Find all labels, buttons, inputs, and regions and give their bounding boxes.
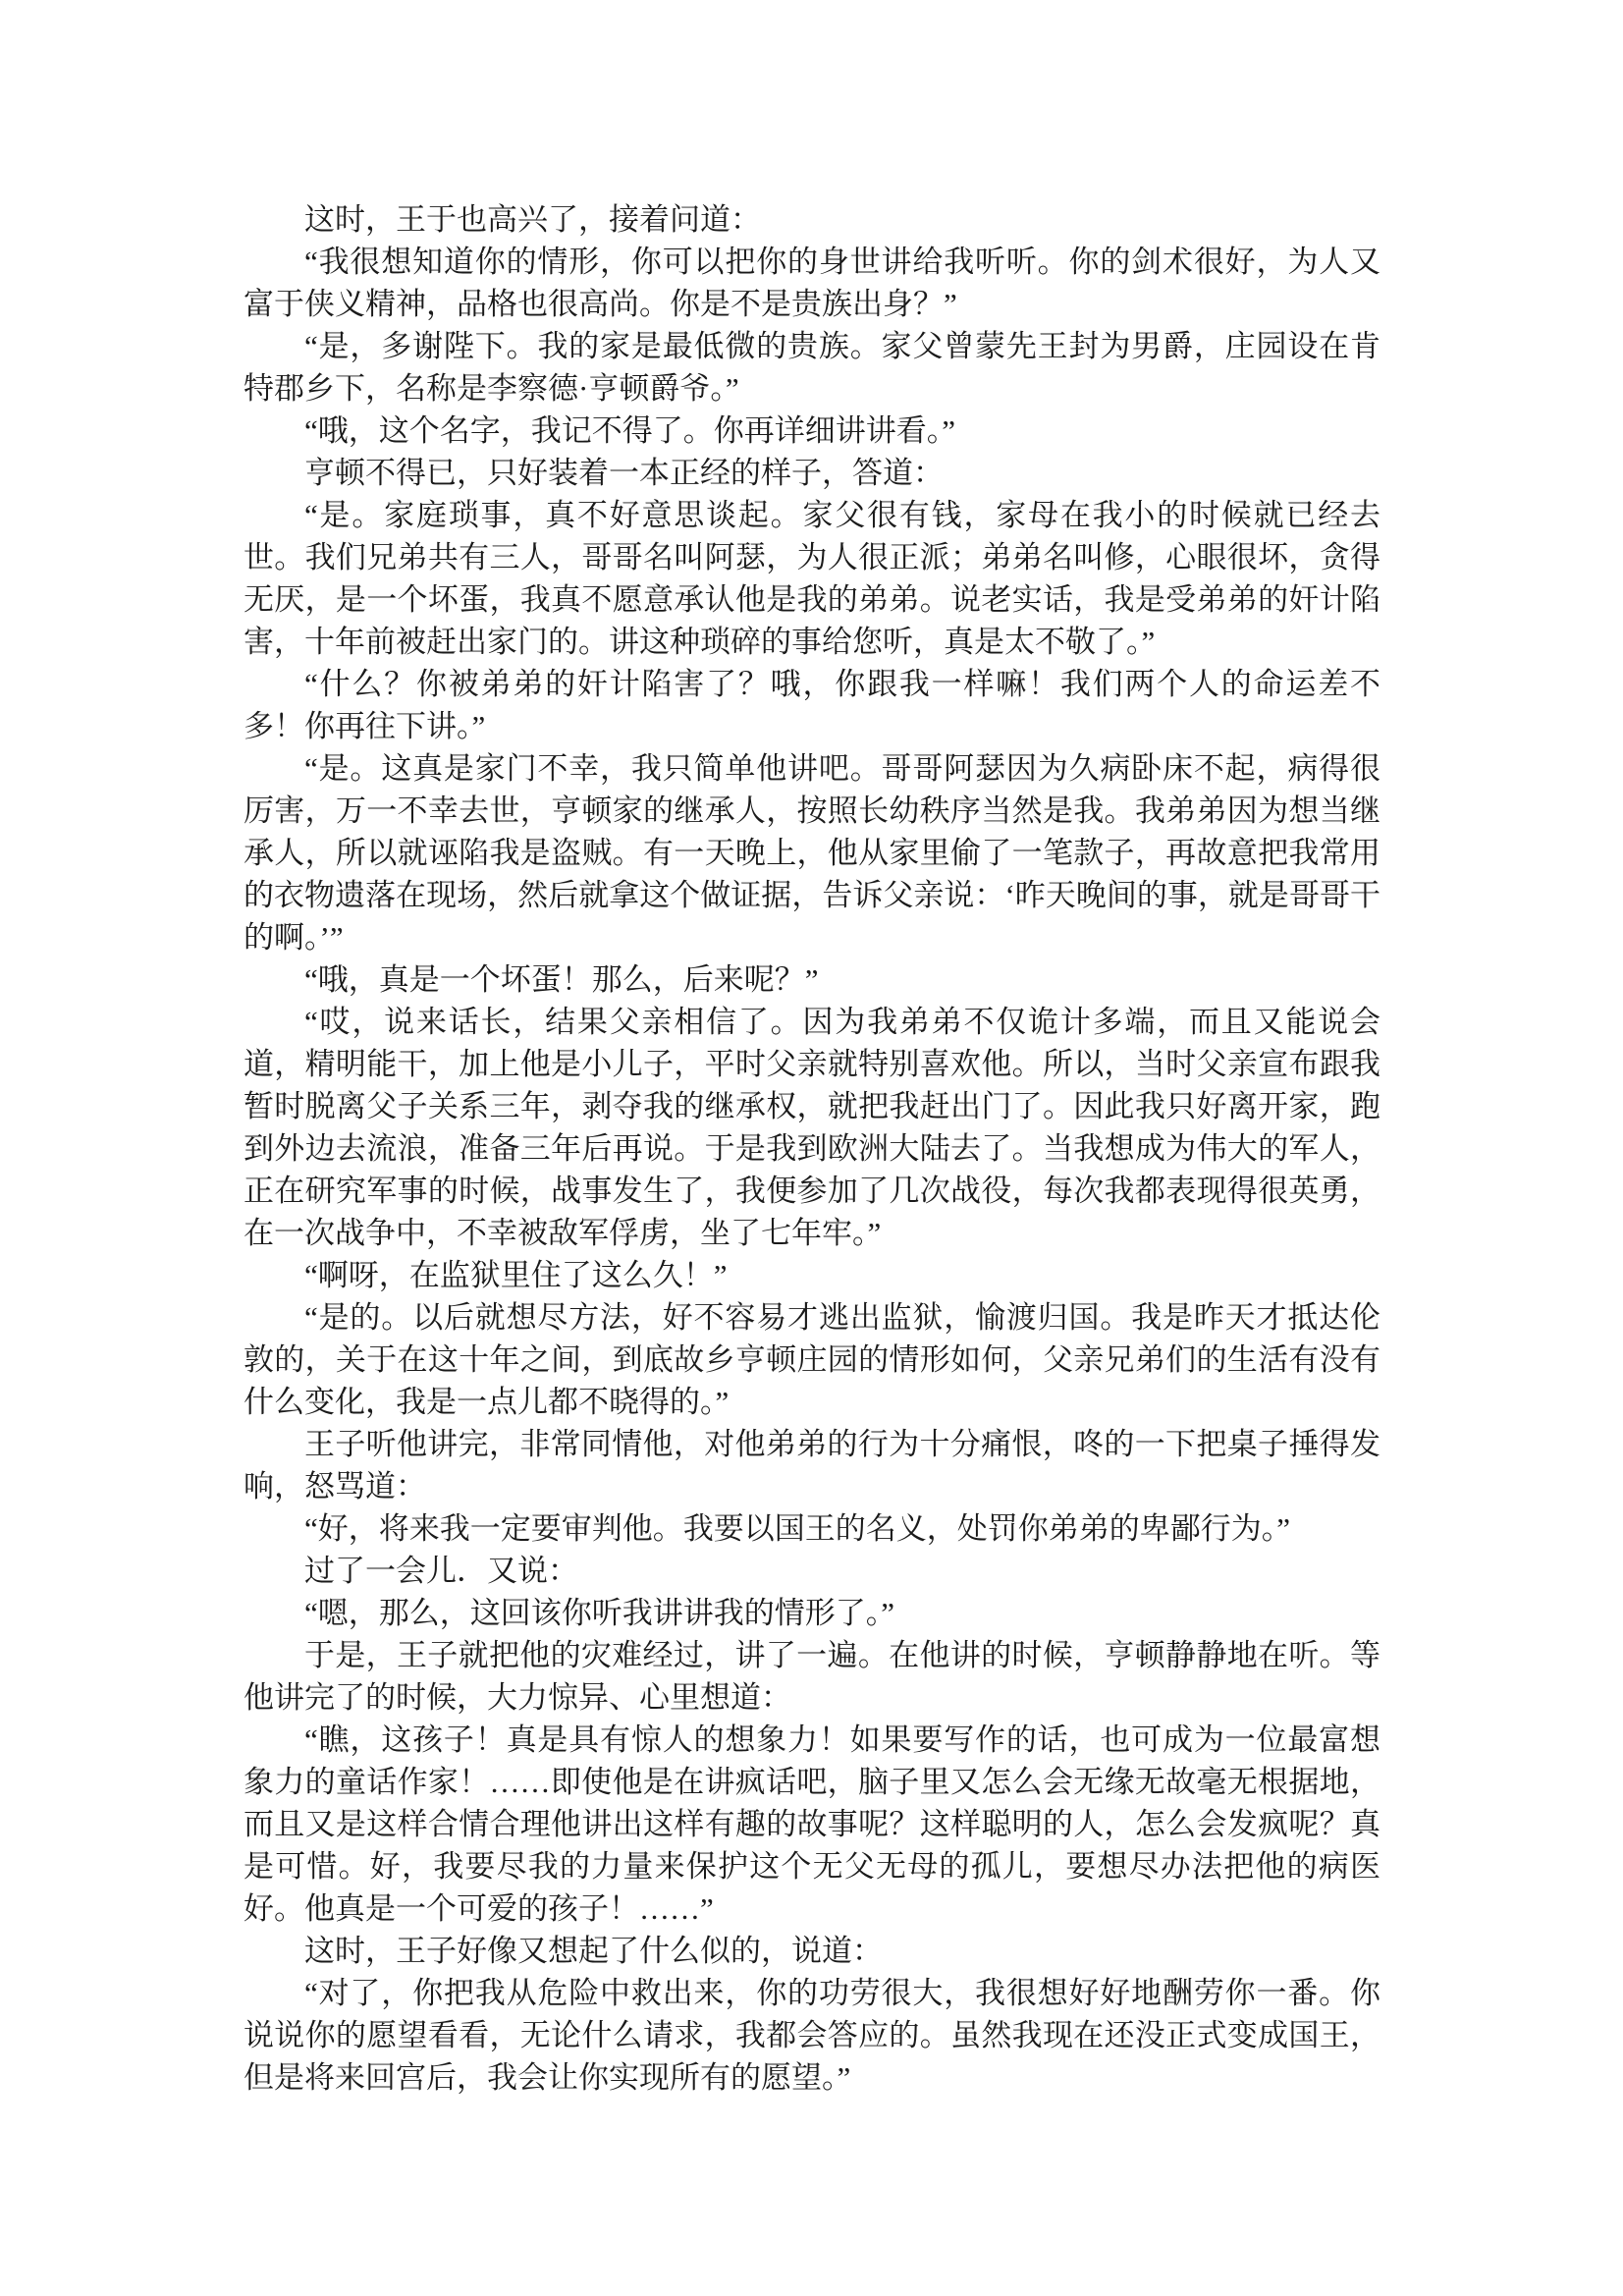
paragraph: “对了，你把我从危险中救出来，你的功劳很大，我很想好好地酬劳你一番。你说说你的愿… (243, 1972, 1380, 2099)
text-block: 这时，王于也高兴了，接着问道：“我很想知道你的情形，你可以把你的身世讲给我听听。… (243, 198, 1380, 2099)
paragraph: “啊呀，在监狱里住了这么久！” (243, 1254, 1380, 1296)
paragraph: “是。家庭琐事，真不好意思谈起。家父很有钱，家母在我小的时候就已经去世。我们兄弟… (243, 494, 1380, 663)
paragraph: “什么？你被弟弟的奸计陷害了？哦，你跟我一样嘛！我们两个人的命运差不多！你再往下… (243, 663, 1380, 747)
paragraph: 王子听他讲完，非常同情他，对他弟弟的行为十分痛恨，咚的一下把桌子捶得发响，怒骂道… (243, 1423, 1380, 1507)
paragraph: 于是，王子就把他的灾难经过，讲了一遍。在他讲的时候，亨顿静静地在听。等他讲完了的… (243, 1634, 1380, 1719)
paragraph: “哦，这个名字，我记不得了。你再详细讲讲看。” (243, 410, 1380, 452)
paragraph: 这时，王于也高兴了，接着问道： (243, 198, 1380, 241)
paragraph: “哦，真是一个坏蛋！那么，后来呢？” (243, 958, 1380, 1001)
paragraph: 亨顿不得已，只好装着一本正经的样子，答道： (243, 452, 1380, 494)
paragraph: 过了一会儿．又说： (243, 1550, 1380, 1592)
paragraph: “是。这真是家门不幸，我只简单他讲吧。哥哥阿瑟因为久病卧床不起，病得很厉害，万一… (243, 747, 1380, 958)
paragraph: “哎，说来话长，结果父亲相信了。因为我弟弟不仅诡计多端，而且又能说会道，精明能干… (243, 1001, 1380, 1254)
paragraph: “是的。以后就想尽方法，好不容易才逃出监狱，愉渡归国。我是昨天才抵达伦敦的，关于… (243, 1296, 1380, 1423)
paragraph: “好，将来我一定要审判他。我要以国王的名义，处罚你弟弟的卑鄙行为。” (243, 1507, 1380, 1550)
document-page: 这时，王于也高兴了，接着问道：“我很想知道你的情形，你可以把你的身世讲给我听听。… (0, 0, 1623, 2296)
paragraph: 这时，王子好像又想起了什么似的，说道： (243, 1930, 1380, 1972)
paragraph: “是，多谢陛下。我的家是最低微的贵族。家父曾蒙先王封为男爵，庄园设在肯特郡乡下，… (243, 325, 1380, 410)
paragraph: “嗯，那么，这回该你听我讲讲我的情形了。” (243, 1592, 1380, 1634)
paragraph: “瞧，这孩子！真是具有惊人的想象力！如果要写作的话，也可成为一位最富想象力的童话… (243, 1719, 1380, 1930)
paragraph: “我很想知道你的情形，你可以把你的身世讲给我听听。你的剑术很好，为人又富于侠义精… (243, 241, 1380, 325)
